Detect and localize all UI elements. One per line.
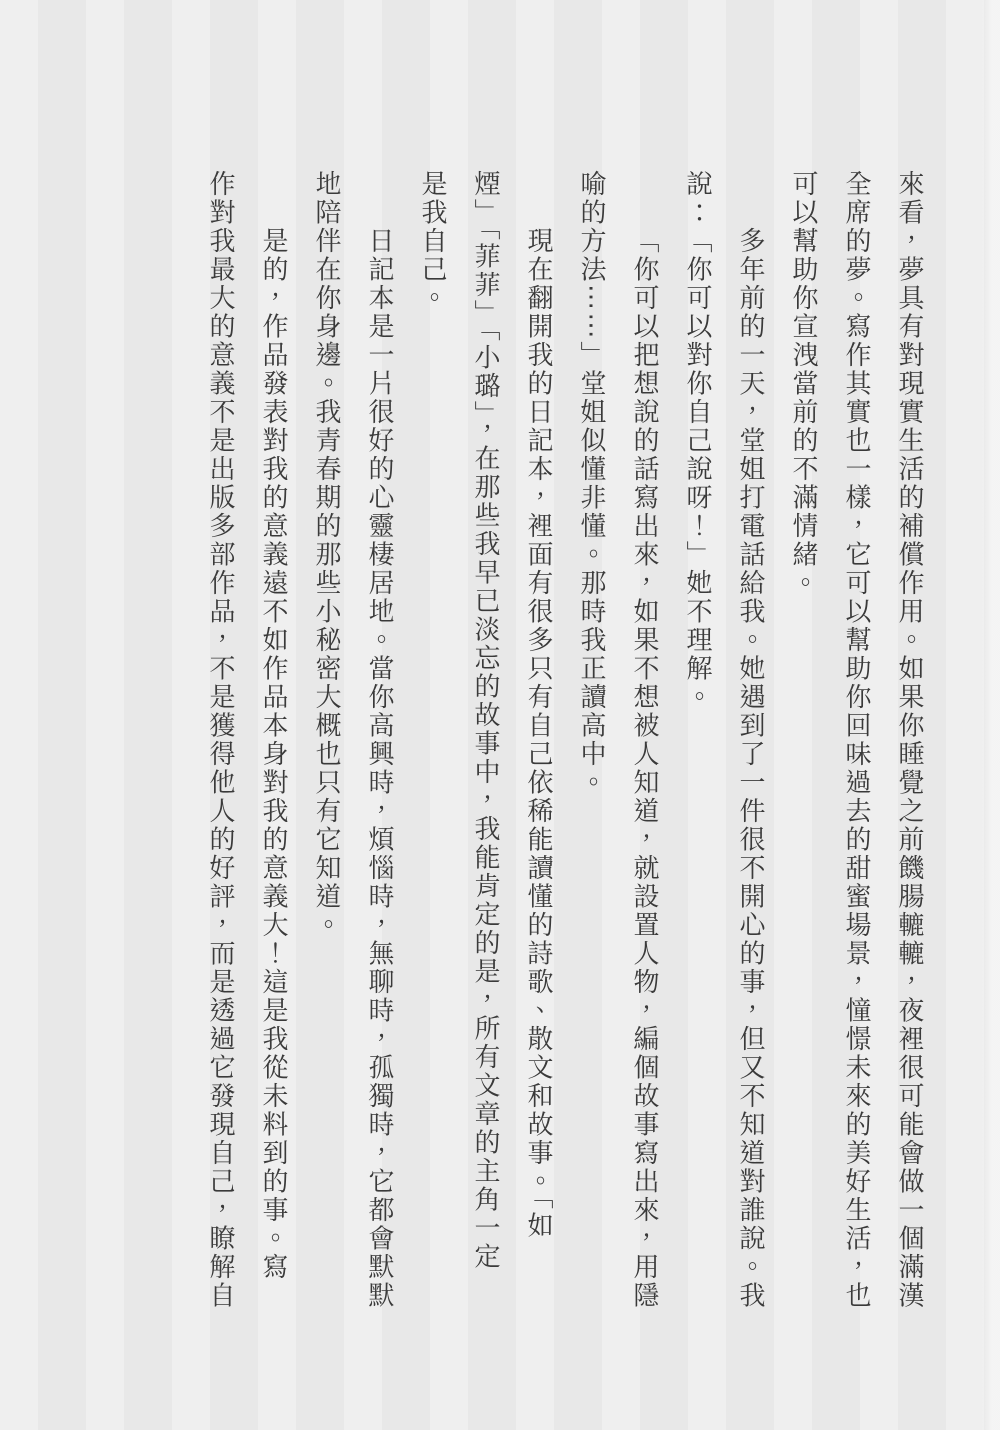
text-column-10: 是我自己。: [406, 170, 459, 1320]
text-column-11: 日記本是一片很好的心靈棲居地。當你高興時，煩惱時，無聊時，孤獨時，它都會默默: [353, 170, 406, 1320]
text-column-14: 作對我最大的意義不是出版多部作品，不是獲得他人的好評，而是透過它發現自己，瞭解自: [194, 170, 247, 1320]
text-column-7: 喻的方法⋯⋯」堂姐似懂非懂。那時我正讀高中。: [565, 170, 618, 1320]
text-column-3: 可以幫助你宣洩當前的不滿情緒。: [777, 170, 830, 1320]
text-column-5: 說：「你可以對你自己說呀！」她不理解。: [671, 170, 724, 1320]
text-column-8: 現在翻開我的日記本，裡面有很多只有自己依稀能讀懂的詩歌、散文和故事。「如: [512, 170, 565, 1320]
text-column-12: 地陪伴在你身邊。我青春期的那些小秘密大概也只有它知道。: [300, 170, 353, 1320]
vertical-text-block: 來看，夢具有對現實生活的補償作用。如果你睡覺之前饑腸轆轆，夜裡很可能會做一個滿漢…: [194, 170, 936, 1320]
text-column-13: 是的，作品發表對我的意義遠不如作品本身對我的意義大！這是我從未料到的事。寫: [247, 170, 300, 1320]
text-column-4: 多年前的一天，堂姐打電話給我。她遇到了一件很不開心的事，但又不知道對誰說。我: [724, 170, 777, 1320]
text-column-1: 來看，夢具有對現實生活的補償作用。如果你睡覺之前饑腸轆轆，夜裡很可能會做一個滿漢: [883, 170, 936, 1320]
text-column-9: 煙」「菲菲」「小璐」，在那些我早已淡忘的故事中，我能肯定的是，所有文章的主角一定: [459, 170, 512, 1320]
text-column-2: 全席的夢。寫作其實也一樣，它可以幫助你回味過去的甜蜜場景，憧憬未來的美好生活，也: [830, 170, 883, 1320]
book-page: 來看，夢具有對現實生活的補償作用。如果你睡覺之前饑腸轆轆，夜裡很可能會做一個滿漢…: [0, 0, 1000, 1430]
text-column-6: 「你可以把想說的話寫出來，如果不想被人知道，就設置人物，編個故事寫出來，用隱: [618, 170, 671, 1320]
